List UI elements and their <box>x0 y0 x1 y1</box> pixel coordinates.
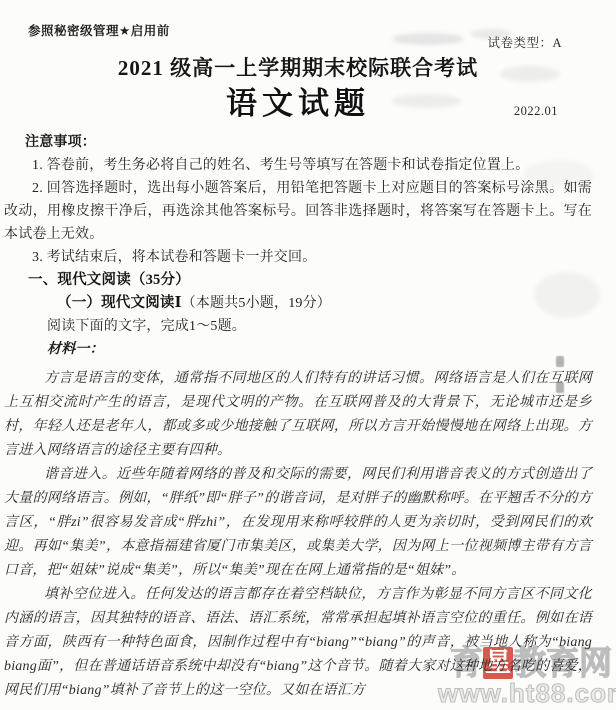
section-subheading: （一）现代文阅读Ⅰ（本题共5小题，19分） <box>57 292 592 315</box>
exam-session-title: 2021 级高一上学期期末校际联合考试 <box>4 54 592 82</box>
reading-passage: 方言是语言的变体，通常指不同地区的人们特有的讲话习惯。网络语言是人们在互联网上互… <box>4 367 592 703</box>
security-classification-notice: 参照秘密级管理★启用前 <box>28 21 170 39</box>
subject-title: 语文试题 <box>4 84 592 124</box>
section-one: 一、现代文阅读（35分） （一）现代文阅读Ⅰ（本题共5小题，19分） 阅读下面的… <box>4 269 592 361</box>
note-item-1: 1. 答卷前，考生务必将自己的姓名、考生号等填写在答题卡和试卷指定位置上。 <box>4 154 592 177</box>
notes-heading: 注意事项： <box>25 131 592 154</box>
reading-instruction: 阅读下面的文字，完成1～5题。 <box>47 315 592 338</box>
note-item-2: 2. 回答选择题时，选出每小题答案后，用铅笔把答题卡上对应题目的答案标号涂黑。如… <box>4 177 592 246</box>
paper-type-label: 试卷类型：A <box>487 33 562 51</box>
exam-notes: 注意事项： 1. 答卷前，考生务必将自己的姓名、考生号等填写在答题卡和试卷指定位… <box>4 131 592 269</box>
section-heading: 一、现代文阅读（35分） <box>28 269 592 292</box>
passage-paragraph-3: 填补空位进入。任何发达的语言都存在着空档缺位，方言作为彰显不同方言区不同文化内涵… <box>4 583 592 703</box>
subheading-title: （一）现代文阅读Ⅰ <box>57 295 182 311</box>
material-one-label: 材料一： <box>47 338 592 361</box>
note-item-3: 3. 考试结束后，将本试卷和答题卡一并交回。 <box>4 246 592 269</box>
passage-paragraph-1: 方言是语言的变体，通常指不同地区的人们特有的讲话习惯。网络语言是人们在互联网上互… <box>4 367 592 463</box>
exam-paper-page: 育星教育网 www.ht88.com 参照秘密级管理★启用前 试卷类型：A 20… <box>0 0 616 710</box>
passage-paragraph-2: 谐音进入。近些年随着网络的普及和交际的需要，网民们利用谐音表义的方式创造出了大量… <box>4 463 592 583</box>
scan-smudge <box>392 33 464 45</box>
subheading-meta: （本题共5小题，19分） <box>182 296 331 311</box>
document-content: 2021 级高一上学期期末校际联合考试 语文试题 注意事项： 1. 答卷前，考生… <box>0 54 616 703</box>
